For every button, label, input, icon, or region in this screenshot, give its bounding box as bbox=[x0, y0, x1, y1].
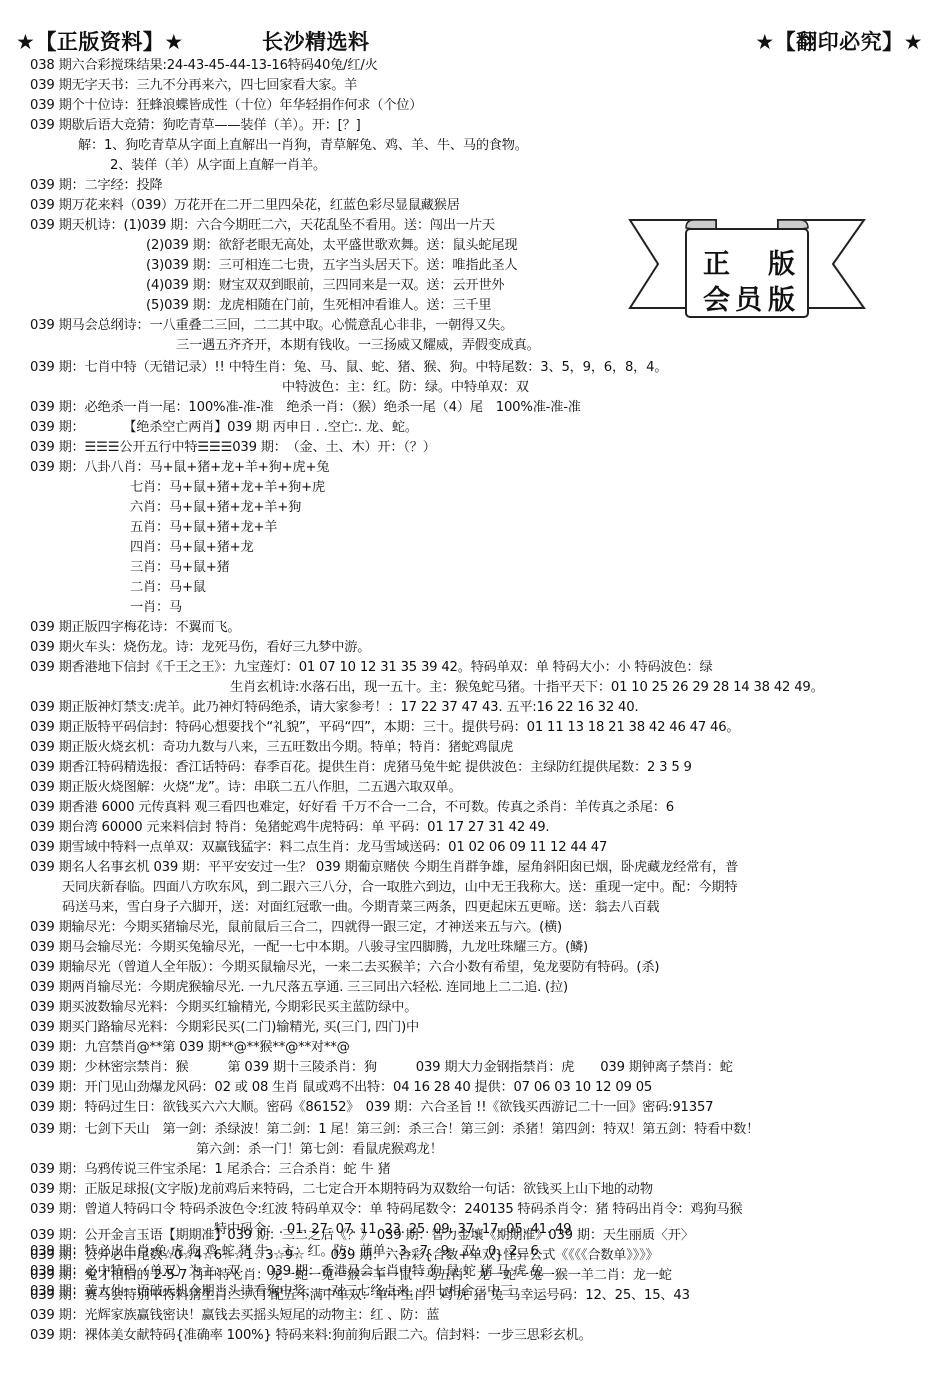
text-line: 039 期火车头：烧伤龙。诗：龙死马伤，看好三九梦中游。 bbox=[30, 638, 370, 657]
text-line: 039 期：开门见山劲爆龙风码：02 或 08 生肖 鼠或鸡不出特：04 16 … bbox=[30, 1078, 652, 1097]
text-line: 039 期买波数输尽光料：今期买红输精光, 今期彩民买主蓝防绿中。 bbox=[30, 998, 417, 1017]
text-line: 039 期：二字经：投降 bbox=[30, 176, 162, 195]
text-line: 039 期正版四字梅花诗：不翼而飞。 bbox=[30, 618, 240, 637]
text-line: 039 期雪域中特料一点单双：双赢钱猛字：料二点生肖：龙马雪域送码：01 02 … bbox=[30, 838, 607, 857]
text-line: 039 期：裸体美女献特码{准确率 100%} 特码来料:狗前狗后跟二六。信封料… bbox=[30, 1326, 592, 1345]
text-line: 第六剑：杀一门！第七剑：看鼠虎猴鸡龙！ bbox=[196, 1140, 443, 1159]
text-line: 039 期香港 6000 元传真料 观三看四也难定，好好看 千万不合一二合，不可… bbox=[30, 798, 674, 817]
text-line: 039 期：光辉家族赢钱密诀！赢钱去买摇头短尾的动物主：红 、防：蓝 bbox=[30, 1306, 439, 1325]
text-line: 039 期两肖输尽光：今期虎猴输尽光. 一九尺落五享通. 三三同出六轻松. 连同… bbox=[30, 978, 568, 997]
text-line: 码送马来，雪白身子六脚开，送：对面红冠歌一曲。今期青菜三两条，四更起床五更啼。送… bbox=[62, 898, 659, 917]
text-line: 039 期名人名事玄机 039 期：平平安安过一生？ 039 期葡京赌侠 今期生… bbox=[30, 858, 738, 877]
text-line: 039 期：八卦八肖：马+鼠+猪+龙+羊+狗+虎+兔 bbox=[30, 458, 329, 477]
text-line: 039 期：乌鸦传说三件宝杀尾：1 尾杀合：三合杀肖：蛇 牛 猪 bbox=[30, 1160, 390, 1179]
text-line: (4)039 期：财宝双双到眼前，三四同来是一双。送：云开世外 bbox=[146, 276, 504, 295]
text-line: 039 期正版火烧玄机：奇功九数与八来，三五旺数出今期。特单；特肖：猪蛇鸡鼠虎 bbox=[30, 738, 513, 757]
text-line: 三一遇五齐齐开，本期有钱收。一三扬威又耀威，弄假变成真。 bbox=[176, 336, 540, 355]
text-line: 038 期六合彩搅珠结果:24-43-45-44-13-16特码40兔/红/火 bbox=[30, 56, 378, 75]
text-line: 039 期：公开必中尾数☆0☆4☆6☆☆1☆3☆9☆ 039 期：六合彩{合数+… bbox=[30, 1246, 658, 1265]
text-line: 2、装佯（羊）从字面上直解一肖羊。 bbox=[110, 156, 326, 175]
text-line: 039 期：九宫禁肖@**第 039 期**@**猴**@**对**@ bbox=[30, 1038, 350, 1057]
text-line: 039 期歇后语大竞猜：狗吃青草——装佯（羊）。开：[？] bbox=[30, 116, 361, 135]
header-left-tag: ★【正版资料】★ bbox=[16, 26, 184, 56]
text-line: 039 期天机诗：(1)039 期：六合今期旺二六，天花乱坠不看用。送：闯出一片… bbox=[30, 216, 495, 235]
text-line: 039 期香江特码精选报：香江话特码：春季百花。提供生肖：虎猪马兔牛蛇 提供波色… bbox=[30, 758, 692, 777]
text-line: 039 期：少林密宗禁肖：猴 第 039 期十三陵杀肖：狗 039 期大力金钢指… bbox=[30, 1058, 733, 1077]
banner-char: 员 bbox=[735, 278, 762, 317]
text-line: 039 期正版神灯禁支:虎羊。此乃神灯特码绝杀，请大家参考！：17 22 37 … bbox=[30, 698, 638, 717]
member-edition-banner: 正 版 会 员 版 bbox=[628, 218, 866, 322]
text-line: (2)039 期：欲舒老眼无高处，太平盛世歌欢舞。送：鼠头蛇尾现 bbox=[146, 236, 517, 255]
text-line: 039 期： 【绝杀空亡两肖】039 期 丙申日 . .空亡:. 龙、蛇。 bbox=[30, 418, 418, 437]
text-line: 039 期香港地下信封《千王之王》：九宝莲灯：01 07 10 12 31 35… bbox=[30, 658, 712, 677]
text-line: 中特波色：主：红。防：绿。中特单双：双 bbox=[282, 378, 529, 397]
text-line: 天同庆新春临。四面八方吹东风，到二跟六三八分，合一取胜六到边，山中无王我称大。送… bbox=[62, 878, 737, 897]
text-line: 039 期马会输尽光：今期买兔输尽光，一配一七中本期。八骏寻宝四脚腾，九龙吐珠耀… bbox=[30, 938, 588, 957]
text-line: 七肖：马+鼠+猪+龙+羊+狗+虎 bbox=[130, 478, 325, 497]
text-line: 039 期无字天书：三九不分再来六，四七回家看大家。羊 bbox=[30, 76, 357, 95]
text-line: 039 期买门路输尽光料：今期彩民买(二门)输精光, 买(三门, 四门)中 bbox=[30, 1018, 419, 1037]
text-line: 039 期：七剑下天山 第一剑：杀绿波！第二剑：1 尾！第三剑：杀三合！第三剑：… bbox=[30, 1120, 759, 1139]
text-line: 039 期：必绝杀一肖一尾：100%准-准-准 绝杀一肖：（猴）绝杀一尾（4）尾… bbox=[30, 398, 581, 417]
text-line: 二肖：马+鼠 bbox=[130, 578, 206, 597]
page-title: 长沙精选料 bbox=[262, 26, 370, 56]
text-line: 三肖：马+鼠+猪 bbox=[130, 558, 230, 577]
text-line: 039 期：特码过生日：欲钱买六六大顺。密码《86152》 039 期：六合圣旨… bbox=[30, 1098, 713, 1117]
text-line: 解：1、狗吃青草从字面上直解出一肖狗，青草解兔、鸡、羊、牛、马的食物。 bbox=[78, 136, 528, 155]
text-line: 039 期：七肖中特（无错记录）!! 中特生肖：兔、马、鼠、蛇、猪、猴、狗。中特… bbox=[30, 358, 667, 377]
text-line: 039 期：公开金言玉语【期期准】039 期：三二之后《？》 039 期：智力金… bbox=[30, 1226, 694, 1245]
text-line: (3)039 期：三可相连二七贵，五字当头居天下。送：唯指此圣人 bbox=[146, 256, 517, 275]
text-line: 039 期万花来料（039）万花开在二开二里四朵花，红蓝色彩尽显鼠藏猴居 bbox=[30, 196, 460, 215]
text-line: 039 期：正版足球报(文字版)龙前鸡后来特码，二七定合开本期特码为双数给一句话… bbox=[30, 1180, 653, 1199]
header-right-tag: ★【翻印必究】★ bbox=[755, 26, 923, 56]
banner-char: 版 bbox=[768, 278, 795, 317]
text-line: 六肖：马+鼠+猪+龙+羊+狗 bbox=[130, 498, 301, 517]
text-line: 039 期输尽光：今期买猪输尽光，鼠前鼠后三合二，四就得一跟三定，才神送来五与六… bbox=[30, 918, 562, 937]
text-line: 039 期台湾 60000 元来料信封 特肖：兔猪蛇鸡牛虎特码：单 平码：01 … bbox=[30, 818, 549, 837]
text-line: 039 期：曾道人特码口令 特码杀波色令:红波 特码单双令：单 特码尾数令：24… bbox=[30, 1200, 742, 1219]
text-line: 一肖：马 bbox=[130, 598, 182, 617]
banner-char: 版 bbox=[768, 242, 795, 281]
text-line: 生肖玄机诗:水落石出，现一五十。主：猴兔蛇马猪。十指平天下：01 10 25 2… bbox=[230, 678, 824, 697]
text-line: 039 期正版火烧图解：火烧“龙”。诗：串联二五八作胆，二五遇六取双单。 bbox=[30, 778, 461, 797]
text-line: (5)039 期：龙虎相随在门前，生死相冲看谁人。送：三千里 bbox=[146, 296, 491, 315]
text-line: 039 期：☰☰☰公开五行中特☰☰☰039 期： （金、土、木）开：（？） bbox=[30, 438, 436, 457]
text-line: 039 期个十位诗：狂蜂浪蝶皆成性（十位）年华轻捐作何求（个位） bbox=[30, 96, 422, 115]
banner-char: 正 bbox=[703, 242, 730, 281]
text-line: 039 期输尽光（曾道人全年版）：今期买鼠输尽光，一来二去买猴羊；六合小数有希望… bbox=[30, 958, 659, 977]
text-line: 039 期马会总纲诗：一八重叠二三回，二二其中取。心慌意乱心非非，一朝得又失。 bbox=[30, 316, 513, 335]
text-line: 039 期：赛马会特别中特料猜生肖:二八丁配五不满中单双：单中生肖：鸡 虎 猪 … bbox=[30, 1286, 690, 1305]
text-line: 039 期正版特平码信封：特码心想要找个“礼貌”，平码“四”，本期：三十。提供号… bbox=[30, 718, 739, 737]
text-line: 四肖：马+鼠+猪+龙 bbox=[130, 538, 253, 557]
banner-char: 会 bbox=[703, 278, 730, 317]
text-line: 039 期：鬼才相信的 2-5-7 肖中特七肖：龙一蛇一兔一猴一羊一鼠一马五肖：… bbox=[30, 1266, 672, 1285]
text-line: 五肖：马+鼠+猪+龙+羊 bbox=[130, 518, 277, 537]
